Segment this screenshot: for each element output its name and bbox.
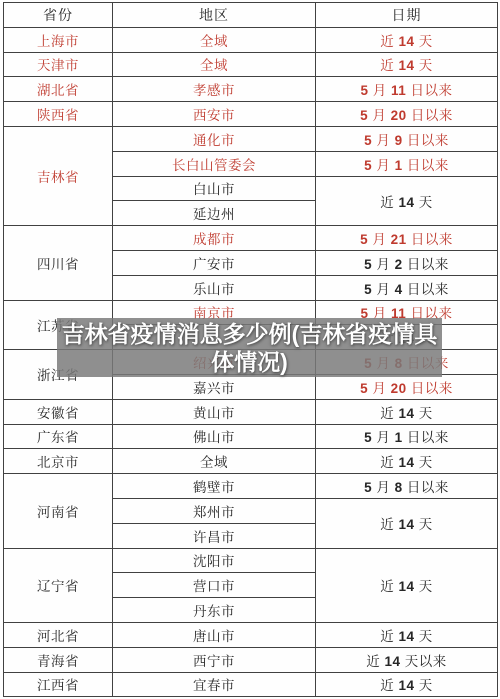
region-cell: 全域 (113, 27, 316, 52)
region-cell: 长白山管委会 (113, 151, 316, 176)
watermark-title-line2: 体情况) (211, 348, 288, 376)
province-cell: 上海市 (4, 27, 113, 52)
province-cell: 河南省 (4, 474, 113, 548)
date-cell: 5 月 1 日以来 (316, 151, 498, 176)
table-row: 江西省宜春市近 14 天 (4, 672, 498, 697)
province-cell: 青海省 (4, 647, 113, 672)
province-cell: 江西省 (4, 672, 113, 697)
region-cell: 广安市 (113, 250, 316, 275)
date-cell: 近 14 天 (316, 399, 498, 424)
table-row: 四川省成都市5 月 21 日以来 (4, 226, 498, 251)
region-cell: 全域 (113, 52, 316, 77)
region-cell: 营口市 (113, 573, 316, 598)
date-cell: 5 月 1 日以来 (316, 424, 498, 449)
table-row: 河北省唐山市近 14 天 (4, 622, 498, 647)
table-row: 青海省西宁市近 14 天以来 (4, 647, 498, 672)
date-cell: 近 14 天 (316, 672, 498, 697)
date-cell: 5 月 2 日以来 (316, 250, 498, 275)
region-cell: 西安市 (113, 102, 316, 127)
region-cell: 唐山市 (113, 622, 316, 647)
province-cell: 北京市 (4, 449, 113, 474)
province-cell: 吉林省 (4, 126, 113, 225)
province-cell: 广东省 (4, 424, 113, 449)
province-cell: 陕西省 (4, 102, 113, 127)
date-cell: 5 月 4 日以来 (316, 275, 498, 300)
header-col-0: 省份 (4, 3, 113, 28)
date-cell: 5 月 20 日以来 (316, 102, 498, 127)
date-cell: 近 14 天 (316, 622, 498, 647)
date-cell: 近 14 天 (316, 52, 498, 77)
province-cell: 四川省 (4, 226, 113, 300)
region-cell: 沈阳市 (113, 548, 316, 573)
table-row: 北京市全域近 14 天 (4, 449, 498, 474)
date-cell: 5 月 9 日以来 (316, 126, 498, 151)
date-cell: 5 月 20 日以来 (316, 374, 498, 399)
table-header-row: 省份地区日期 (4, 3, 498, 28)
table-row: 河南省鹤壁市5 月 8 日以来 (4, 474, 498, 499)
date-cell: 近 14 天以来 (316, 647, 498, 672)
table-row: 天津市全域近 14 天 (4, 52, 498, 77)
region-cell: 宜春市 (113, 672, 316, 697)
table-row: 上海市全域近 14 天 (4, 27, 498, 52)
province-cell: 安徽省 (4, 399, 113, 424)
table-row: 陕西省西安市5 月 20 日以来 (4, 102, 498, 127)
table-row: 湖北省孝感市5 月 11 日以来 (4, 77, 498, 102)
date-cell: 近 14 天 (316, 449, 498, 474)
screenshot-stage: 省份地区日期 上海市全域近 14 天天津市全域近 14 天湖北省孝感市5 月 1… (0, 0, 500, 699)
watermark-overlay: 吉林省疫情消息多少例(吉林省疫情具 体情况) (57, 318, 442, 377)
header-col-1: 地区 (113, 3, 316, 28)
region-cell: 乐山市 (113, 275, 316, 300)
watermark-title-line1: 吉林省疫情消息多少例(吉林省疫情具 (62, 320, 438, 348)
date-cell: 近 14 天 (316, 548, 498, 622)
region-cell: 全域 (113, 449, 316, 474)
date-cell: 近 14 天 (316, 498, 498, 548)
header-col-2: 日期 (316, 3, 498, 28)
region-cell: 丹东市 (113, 598, 316, 623)
table-row: 吉林省通化市5 月 9 日以来 (4, 126, 498, 151)
region-cell: 白山市 (113, 176, 316, 201)
region-cell: 许昌市 (113, 523, 316, 548)
province-cell: 天津市 (4, 52, 113, 77)
table-row: 广东省佛山市5 月 1 日以来 (4, 424, 498, 449)
region-cell: 西宁市 (113, 647, 316, 672)
region-cell: 郑州市 (113, 498, 316, 523)
region-cell: 嘉兴市 (113, 374, 316, 399)
table-header: 省份地区日期 (4, 3, 498, 28)
table-row: 辽宁省沈阳市近 14 天 (4, 548, 498, 573)
date-cell: 近 14 天 (316, 27, 498, 52)
region-cell: 成都市 (113, 226, 316, 251)
province-cell: 河北省 (4, 622, 113, 647)
region-cell: 佛山市 (113, 424, 316, 449)
region-cell: 通化市 (113, 126, 316, 151)
region-cell: 黄山市 (113, 399, 316, 424)
date-cell: 5 月 11 日以来 (316, 77, 498, 102)
region-cell: 孝感市 (113, 77, 316, 102)
table-row: 安徽省黄山市近 14 天 (4, 399, 498, 424)
date-cell: 5 月 21 日以来 (316, 226, 498, 251)
province-cell: 湖北省 (4, 77, 113, 102)
region-cell: 延边州 (113, 201, 316, 226)
province-cell: 辽宁省 (4, 548, 113, 622)
region-cell: 鹤壁市 (113, 474, 316, 499)
date-cell: 5 月 8 日以来 (316, 474, 498, 499)
date-cell: 近 14 天 (316, 176, 498, 226)
